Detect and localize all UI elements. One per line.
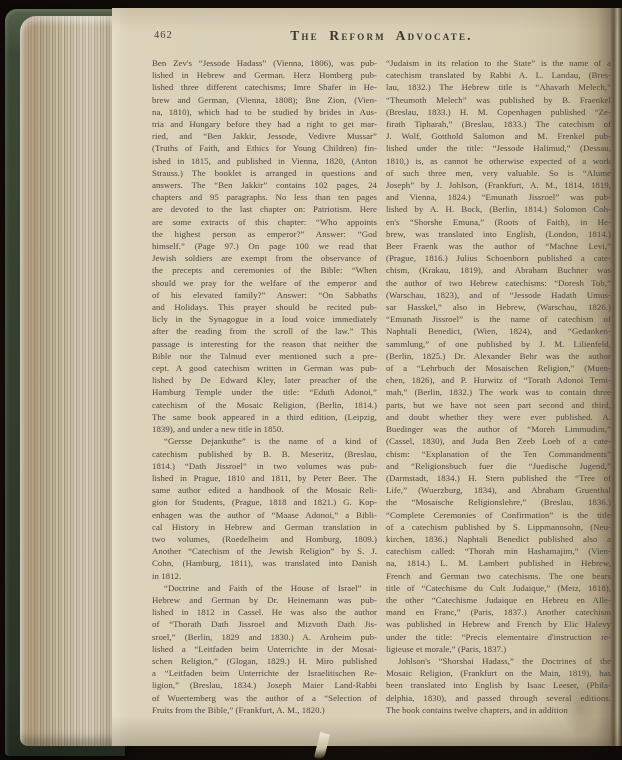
text-line: delphia, 1830), and passed through sever… xyxy=(386,692,611,704)
text-line: (Darmstadt, 1834.) H. Stern published th… xyxy=(386,472,611,484)
text-line: “Emunath Jissroel” is the name of catech… xyxy=(386,313,611,325)
text-line: and Vienna, 1824.) “Emunath Jissroel” wa… xyxy=(386,191,611,203)
text-line: chism: “Explanation of the Ten Commandme… xyxy=(386,448,611,460)
text-line: in 1812. xyxy=(152,570,377,582)
text-line: ligieuse et morale,” (Paris, 1837.) xyxy=(386,643,611,655)
text-line: catechism of the Mosaic Religion, (Berli… xyxy=(152,399,377,411)
text-line: “Theumoth Melech” was published by B. Fr… xyxy=(386,94,611,106)
text-line: 1810,) is, as cannot be otherwise expect… xyxy=(386,155,611,167)
text-line: en's “Shorshe Emuna,” (Roots of Faith), … xyxy=(386,216,611,228)
text-line: mah,” (Berlin, 1832.) The work was to co… xyxy=(386,386,611,398)
text-line: of a “Lehrbuch der Mosaischen Religion,”… xyxy=(386,362,611,374)
text-line: lished by De Edward Kley, later preacher… xyxy=(152,374,377,386)
text-line: Hebrew and German by Dr. Heinemann was p… xyxy=(152,594,377,606)
text-line: kirchen, 1836.) Naphtali Benedict publis… xyxy=(386,533,611,545)
text-line: “Doctrine and Faith of the House of Isra… xyxy=(152,582,377,594)
text-line: J. Wolf, Gotthold Salomon and M. Frenkel… xyxy=(386,130,611,142)
book-page: 462 The Reform Advocate. Ben Zev's “Jess… xyxy=(112,8,622,746)
text-line: (Cassel, 1830), and Juda Ben Zeeb Loeb o… xyxy=(386,435,611,447)
text-line: after the reading from the scroll of the… xyxy=(152,325,377,337)
text-line: (Berlin, 1825.) Dr. Alexander Behr was t… xyxy=(386,350,611,362)
text-line: lished three different catechisms; Imre … xyxy=(152,81,377,93)
text-line: lished in Hebrew and German. Herz Homber… xyxy=(152,69,377,81)
text-line: parts, but we have not seen part second … xyxy=(386,399,611,411)
text-line: licly in the Synagogue in a loud voice i… xyxy=(152,313,377,325)
text-line: catechism called: “Thorah min Hashamajim… xyxy=(386,545,611,557)
text-line: brew and German, (Vienna, 1808); Bne Zio… xyxy=(152,94,377,106)
text-line: The same book appeared in a third editio… xyxy=(152,411,377,423)
text-line: been translated into English by Isaac Le… xyxy=(386,679,611,691)
text-line: passage is interesting for the reason th… xyxy=(152,338,377,350)
text-line: sammlung,” of one published by J. M. Lil… xyxy=(386,338,611,350)
text-line: should we pray for the welfare of the em… xyxy=(152,277,377,289)
text-line: lished by A. H. Bock, (Berlin, 1814.) So… xyxy=(386,203,611,215)
text-line: of such three men, very valuable. So is … xyxy=(386,167,611,179)
text-line: catechism published by B. B. Meseritz, (… xyxy=(152,448,377,460)
paragraph: “Gersse Dejankuthe” is the name of a kin… xyxy=(152,435,377,581)
text-line: chism, (Krakau, 1819), and Abraham Buchn… xyxy=(386,264,611,276)
text-line: are some extracts of this chapter: “Who … xyxy=(152,216,377,228)
text-line: Jewish soldiers are exempt from the obse… xyxy=(152,252,377,264)
text-line: himself.” (Page 97.) On page 100 we read… xyxy=(152,240,377,252)
text-line: (Warschau, 1823), and of “Jessode Hadath… xyxy=(386,289,611,301)
text-line: the highest person as emperor?” Answer: … xyxy=(152,228,377,240)
text-line: catechism translated by Rabbi A. L. Land… xyxy=(386,69,611,81)
text-line: enhagen was the author of “Maase Adonoi,… xyxy=(152,509,377,521)
text-line: chapters and 95 paragraphs. No less than… xyxy=(152,191,377,203)
text-line: 1839), and under a new title in 1850. xyxy=(152,423,377,435)
text-line: and Holidays. This prayer should be reci… xyxy=(152,301,377,313)
text-line: Hamburg Temple under the title: “Eduth A… xyxy=(152,386,377,398)
text-line: was published in Hebrew and French by El… xyxy=(386,618,611,630)
text-line: title of “Catechisme du Cult Judaique,” … xyxy=(386,582,611,594)
text-line: “Judaism in its relation to the State” i… xyxy=(386,57,611,69)
text-line: Ben Zev's “Jessode Hadass” (Vienna, 1806… xyxy=(152,57,377,69)
text-line: Naphtali Benedict, (Wien, 1824), and “Ge… xyxy=(386,325,611,337)
text-line: 1814.) “Dath Jissroel” in two volumes wa… xyxy=(152,460,377,472)
paragraph: Ben Zev's “Jessode Hadass” (Vienna, 1806… xyxy=(152,57,377,435)
text-line: brew, was translated into English, (Lond… xyxy=(386,228,611,240)
text-line: (Prague, 1816.) Julius Schoenborn publis… xyxy=(386,252,611,264)
text-line: answers. The “Ben Jakkir” contains 102 p… xyxy=(152,179,377,191)
text-line: Mosaic Religion, (Frankfurt on the Main,… xyxy=(386,667,611,679)
text-line: schen Religion,” (Glogan, 1829.) H. Miro… xyxy=(152,655,377,667)
text-line: chen, 1826), and P. Hurwitz of “Torath A… xyxy=(386,374,611,386)
text-line: Buedinger was the author of “Moreh Limmu… xyxy=(386,423,611,435)
text-line: and “Religionsbuch fuer die “Juedische J… xyxy=(386,460,611,472)
text-line: and doubt whether they were ever publish… xyxy=(386,411,611,423)
text-column-left: Ben Zev's “Jessode Hadass” (Vienna, 1806… xyxy=(152,57,377,716)
text-line: Bible nor the Talmud ever mentioned such… xyxy=(152,350,377,362)
text-line: lished in 1812 in Cassel. He was also th… xyxy=(152,606,377,618)
scanned-book-page: 462 The Reform Advocate. Ben Zev's “Jess… xyxy=(0,0,622,760)
text-line: same author edited a handbook of the Mos… xyxy=(152,484,377,496)
text-line: (Truths of Faith, and Ethics for Young C… xyxy=(152,142,377,154)
text-line: The book contains twelve chapters, and i… xyxy=(386,704,611,716)
text-line: ligion,” (Breslau, 1834.) Joseph Maier L… xyxy=(152,679,377,691)
text-line: (Breslau, 1833.) H. M. Copenhagen publis… xyxy=(386,106,611,118)
text-line: na, 1810), which had to be studied by br… xyxy=(152,106,377,118)
text-line: the precepts and ceremonies of the Bible… xyxy=(152,264,377,276)
text-line: ried, and “Ben Jakkir, Jessode, Vedivre … xyxy=(152,130,377,142)
text-line: cept. A good catechism written in German… xyxy=(152,362,377,374)
text-line: of Wuertemberg was the author of a “Sele… xyxy=(152,692,377,704)
text-line: Life,” (Wuerzburg, 1834), and Abraham Gr… xyxy=(386,484,611,496)
text-line: two volumes, (Roedelheim and Homburg, 18… xyxy=(152,533,377,545)
text-line: gion for Students, (Prague, 1818 and 182… xyxy=(152,496,377,508)
page-header: 462 The Reform Advocate. xyxy=(152,28,611,44)
text-line: cal History in Hebrew and German transla… xyxy=(152,521,377,533)
text-line: the author of two Hebrew catechisms: “Do… xyxy=(386,277,611,289)
text-line: “Complete Ceremonies of Confirmation” is… xyxy=(386,509,611,521)
text-line: French and German two catechisms. The on… xyxy=(386,570,611,582)
text-line: are devoted to the last chapter on: Patr… xyxy=(152,203,377,215)
book-page-edges xyxy=(20,16,120,746)
journal-title: The Reform Advocate. xyxy=(152,28,611,44)
text-line: sroel,” (Berlin, 1829 and 1830.) A. Arnh… xyxy=(152,631,377,643)
text-line: tria and Hungary before they had a right… xyxy=(152,118,377,130)
text-line: lau, 1832.) The Hebrew title is “Ahavath… xyxy=(386,81,611,93)
text-line: Beer Fraenk was the author of “Machne Le… xyxy=(386,240,611,252)
text-column-right: “Judaism in its relation to the State” i… xyxy=(386,57,611,716)
text-line: Cohn, (Hamburg, 1811), was translated in… xyxy=(152,557,377,569)
text-block: Ben Zev's “Jessode Hadass” (Vienna, 1806… xyxy=(152,57,611,716)
text-line: na, 1814.) L. M. Lambert published in He… xyxy=(386,557,611,569)
text-line: Strauss.) The booklet is arranged in que… xyxy=(152,167,377,179)
text-line: sar Hasskel,” also in Hebrew, (Warschau,… xyxy=(386,301,611,313)
text-line: Another “Catechism of the Jewish Religio… xyxy=(152,545,377,557)
text-line: the “Mosaische Religionslehre,” (Breslau… xyxy=(386,496,611,508)
paragraph: Johlson's “Shorshai Hadass,” the Doctrin… xyxy=(386,655,611,716)
paragraph: “Judaism in its relation to the State” i… xyxy=(386,57,611,655)
text-line: of a catechism published by S. Lippmanns… xyxy=(386,521,611,533)
text-line: Fruits from the Bible,” (Frankfurt, A. M… xyxy=(152,704,377,716)
page-content: 462 The Reform Advocate. Ben Zev's “Jess… xyxy=(112,8,622,746)
text-line: firath Tipharah,” (Breslau, 1833.) The c… xyxy=(386,118,611,130)
text-line: lished under the title: “Jessode Halimud… xyxy=(386,142,611,154)
text-line: Johlson's “Shorshai Hadass,” the Doctrin… xyxy=(386,655,611,667)
text-line: lished a “Leitfaden beim Unterrichte in … xyxy=(152,643,377,655)
text-line: “Gersse Dejankuthe” is the name of a kin… xyxy=(152,435,377,447)
text-line: the other “Catechisme Judaique en Hebreu… xyxy=(386,594,611,606)
text-line: a “Leitfaden beim Unterrichte der Israel… xyxy=(152,667,377,679)
text-line: ished in 1815, and published in Vienna, … xyxy=(152,155,377,167)
text-line: of his elevated family?” Answer: “On Sab… xyxy=(152,289,377,301)
paragraph: “Doctrine and Faith of the House of Isra… xyxy=(152,582,377,716)
text-line: of “Thorath Dath Jissroel and Mizvoth Da… xyxy=(152,618,377,630)
text-line: mand en Franc,” (Paris, 1837.) Another c… xyxy=(386,606,611,618)
text-line: under the title: “Precis elementaire d'i… xyxy=(386,631,611,643)
text-line: lished in Prague, 1810 and 1811, by Pete… xyxy=(152,472,377,484)
text-line: Joseph” by J. Johlson, (Frankfurt, A. M.… xyxy=(386,179,611,191)
